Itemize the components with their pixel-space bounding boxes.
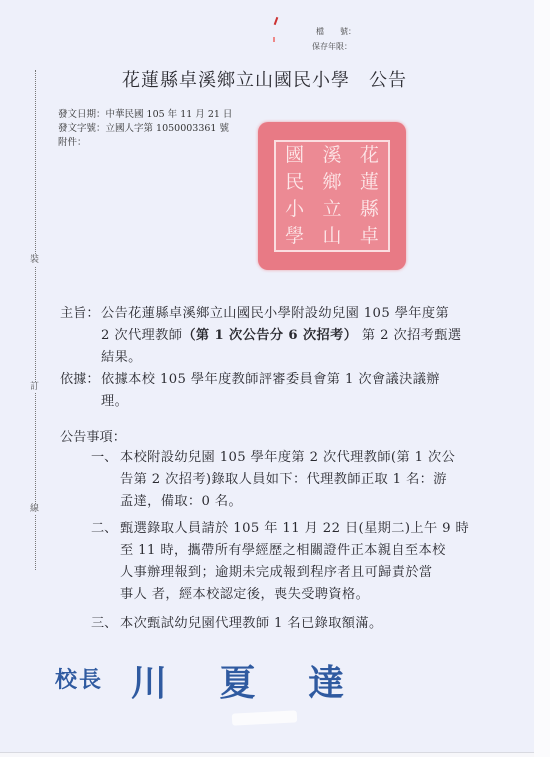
item-1-line-2: 告第 2 次招考)錄取人員如下：代理教師正取 1 名：游 [120, 469, 447, 491]
seal-char: 山 [313, 223, 350, 250]
seal-characters: 國 溪 花 民 鄉 蓮 小 立 縣 學 山 卓 [274, 140, 390, 252]
seal-char: 溪 [313, 142, 350, 169]
seal-char: 卓 [351, 223, 388, 250]
subject-line-2: 2 次代理教師（第 1 次公告分 6 次招考） 第 2 次招考甄選 [101, 325, 461, 347]
seal-char: 立 [313, 196, 350, 223]
file-number-label: 檔 號： [316, 26, 356, 37]
binding-mark-xian: 線 [30, 504, 39, 515]
item-2-line-4: 事人 者，經本校認定後，喪失受聘資格。 [120, 584, 369, 606]
ink-mark [273, 37, 275, 42]
basis-line-1: 依據本校 105 學年度教師評審委員會第 1 次會議決議辦 [101, 369, 440, 391]
announcement-label: 公告事項： [60, 427, 126, 449]
seal-char: 縣 [351, 196, 388, 223]
item-3-line-1: 本次甄試幼兒園代理教師 1 名已錄取額滿。 [120, 613, 383, 635]
seal-char: 學 [276, 223, 313, 250]
item-1-line-3: 孟達，備取：0 名。 [120, 491, 242, 513]
seal-char: 國 [276, 142, 313, 169]
binding-line [35, 70, 36, 570]
seal-char: 民 [276, 169, 313, 196]
subject-line-3: 結果。 [101, 347, 142, 369]
item-3-number: 三、 [91, 613, 117, 635]
subject-line-2-post: 第 2 次招考甄選 [362, 328, 462, 343]
binding-mark-zhuang: 裝 [30, 255, 39, 266]
seal-char: 鄉 [313, 169, 350, 196]
seal-char: 蓮 [351, 169, 388, 196]
binding-mark-ding: 訂 [30, 382, 39, 393]
retention-period-label: 保存年限： [312, 41, 352, 52]
attachment-label: 附件： [58, 134, 87, 148]
page-title: 花蓮縣卓溪鄉立山國民小學 公告 [122, 66, 407, 92]
item-2-number: 二、 [91, 518, 117, 540]
basis-label: 依據： [60, 369, 100, 391]
item-2-line-3: 人事辦理報到；逾期未完成報到程序者且可歸責於當 [120, 562, 433, 584]
seal-char: 小 [276, 196, 313, 223]
issue-date: 發文日期：中華民國 105 年 11 月 21 日 [58, 106, 232, 120]
subject-line-2-bold: （第 1 次公告分 6 次招考） [182, 328, 357, 343]
scan-edge [534, 0, 550, 757]
item-2-line-1: 甄選錄取人員請於 105 年 11 月 22 日(星期二)上午 9 時 [120, 518, 469, 540]
official-seal: 國 溪 花 民 鄉 蓮 小 立 縣 學 山 卓 [258, 122, 406, 270]
subject-label: 主旨： [60, 303, 100, 325]
signature-title: 校長 [55, 663, 103, 694]
subject-line-2-pre: 2 次代理教師 [101, 328, 182, 343]
reference-number: 發文字號：立國人字第 1050003361 號 [58, 120, 229, 134]
seal-char: 花 [351, 142, 388, 169]
item-1-number: 一、 [91, 447, 117, 469]
subject-line-1: 公告花蓮縣卓溪鄉立山國民小學附設幼兒園 105 學年度第 [101, 303, 449, 325]
signature-name: 川 夏 達 [131, 655, 364, 706]
basis-line-2: 理。 [101, 391, 128, 413]
page-bottom-edge [0, 752, 534, 757]
item-2-line-2: 至 11 時，攜帶所有學經歷之相關證件正本親自至本校 [120, 540, 446, 562]
item-1-line-1: 本校附設幼兒園 105 學年度第 2 次代理教師(第 1 次公 [120, 447, 455, 469]
